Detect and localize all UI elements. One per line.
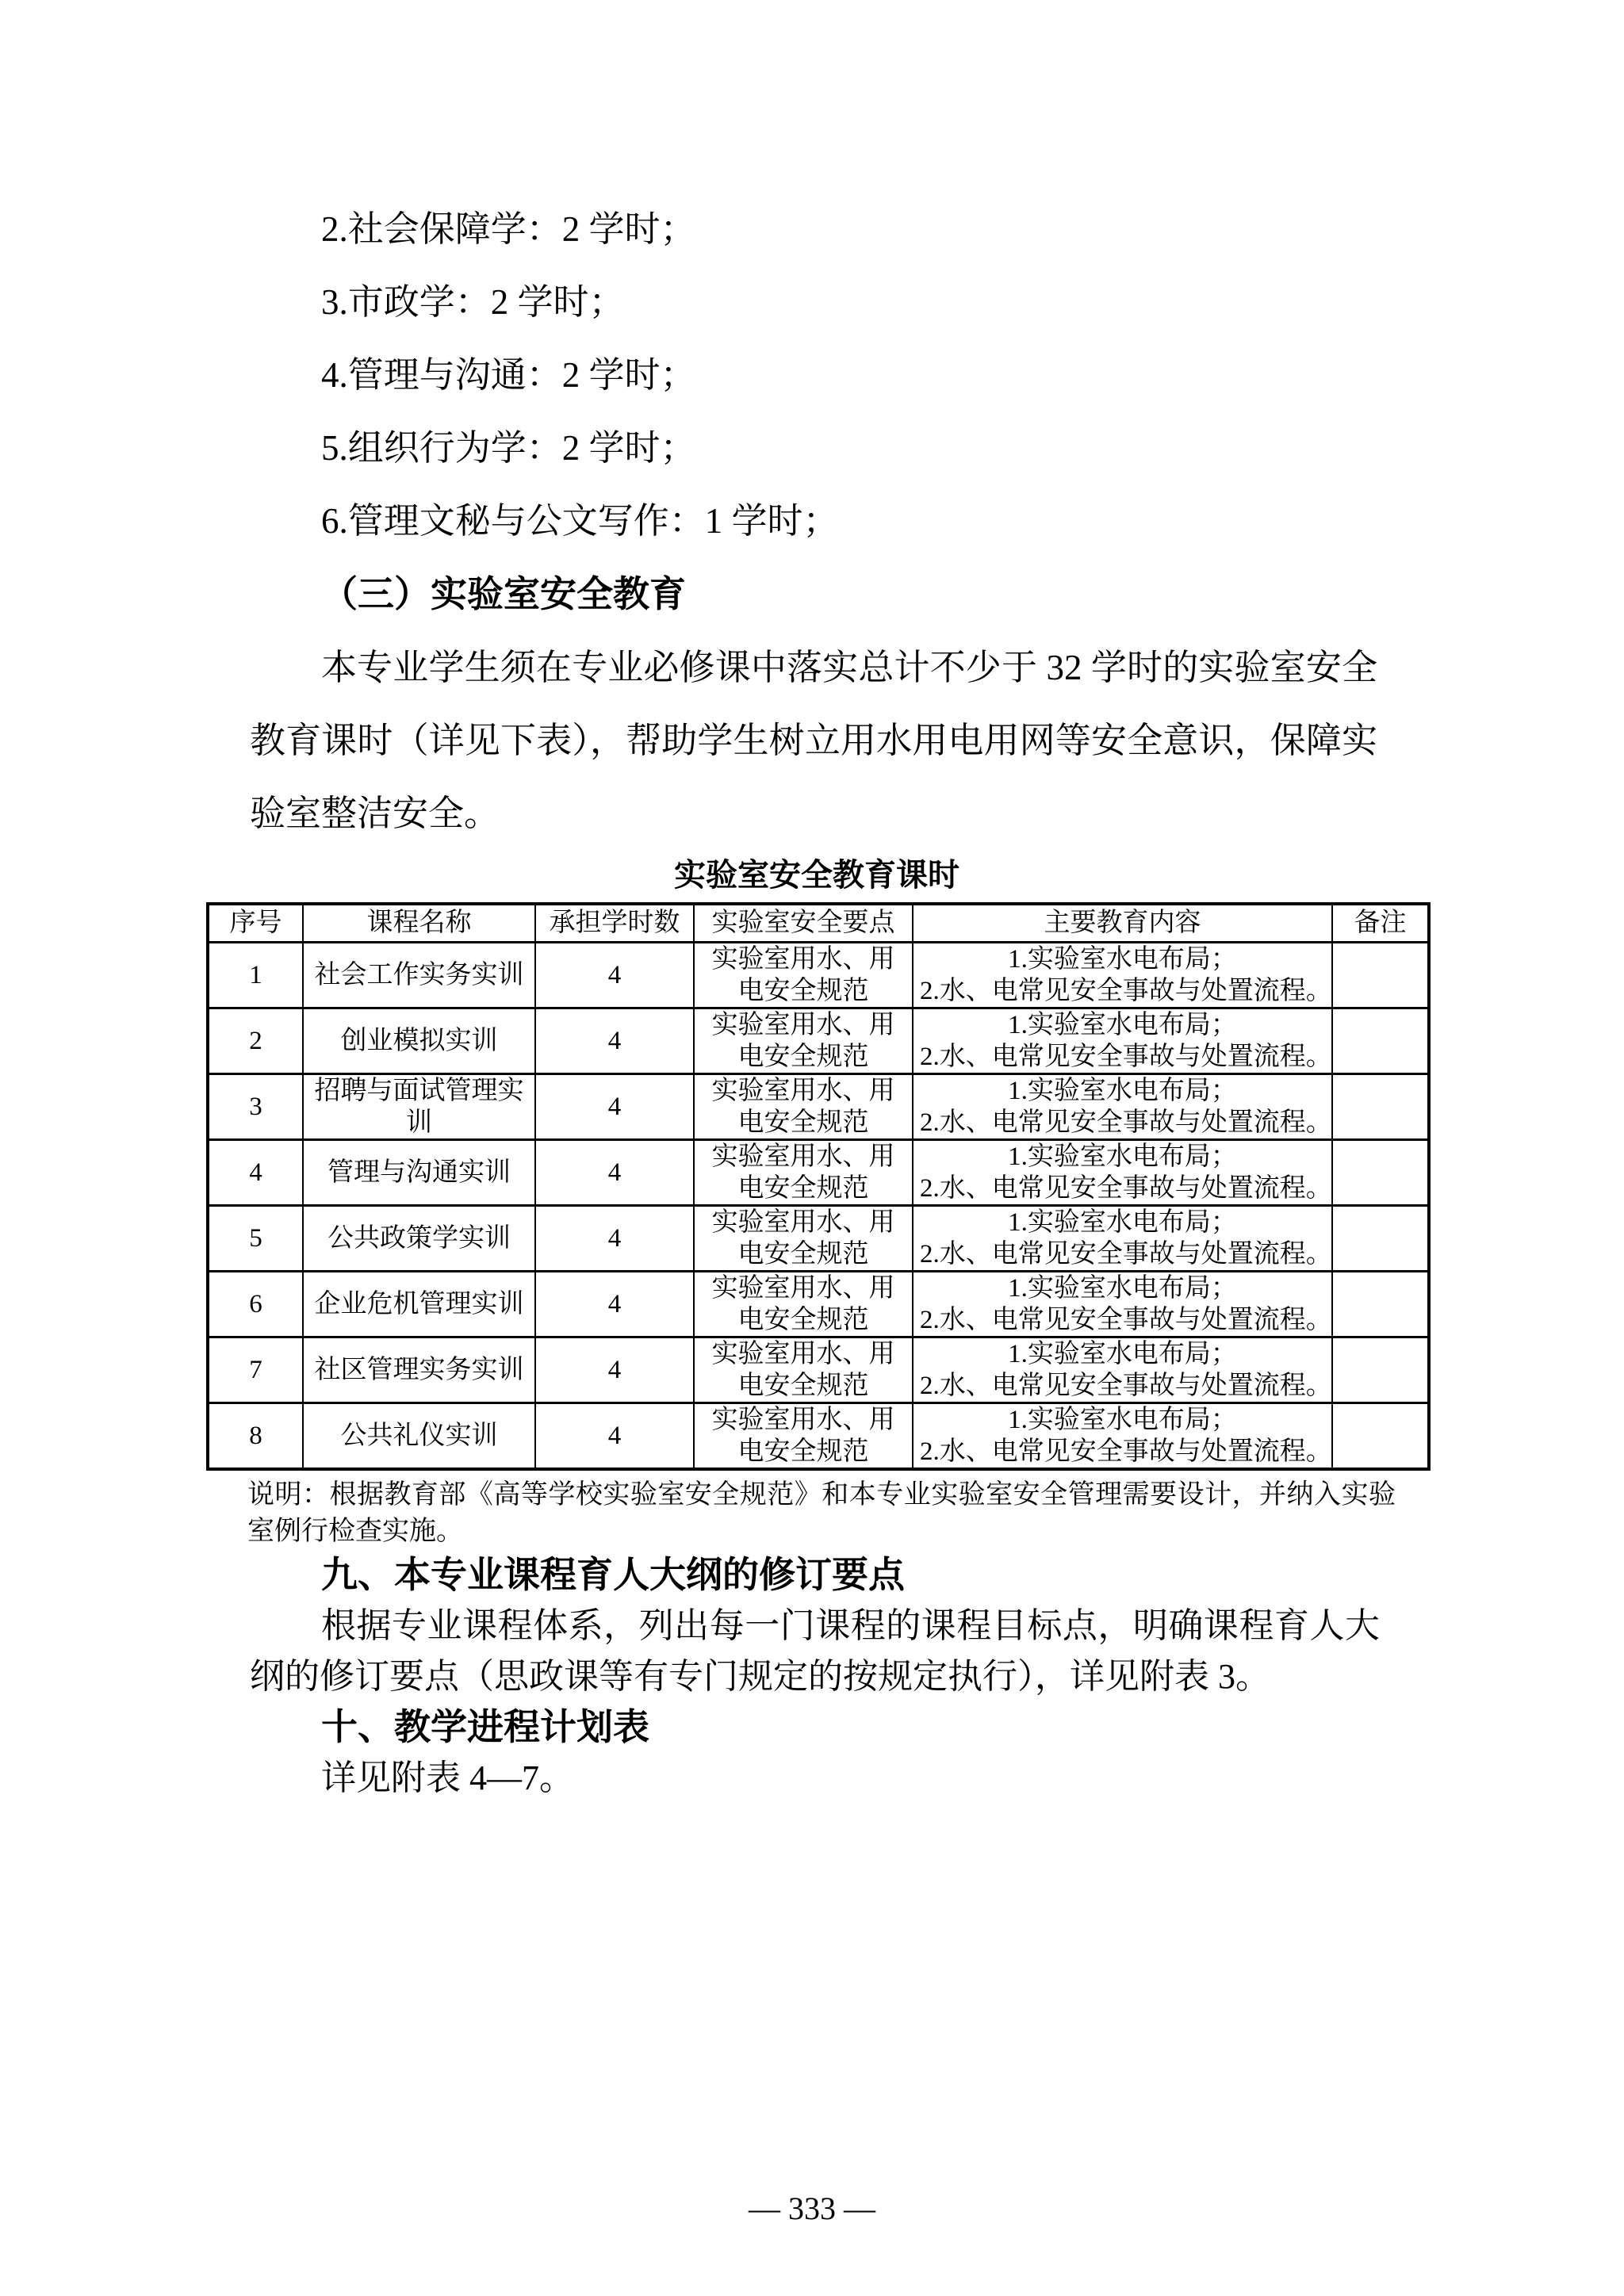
- cell-index: 2: [208, 1008, 303, 1073]
- list-item: 4.管理与沟通：2 学时；: [321, 339, 1624, 411]
- cell-course-name: 招聘与面试管理实训: [303, 1073, 535, 1139]
- cell-course-name: 公共政策学实训: [303, 1205, 535, 1271]
- course-hours-list: 2.社会保障学：2 学时； 3.市政学：2 学时； 4.管理与沟通：2 学时； …: [0, 0, 1624, 557]
- table-row: 7 社区管理实务实训 4 实验室用水、用电安全规范 1.实验室水电布局； 2.水…: [208, 1337, 1429, 1402]
- content-line: 2.水、电常见安全事故与处置流程。: [920, 1173, 1325, 1204]
- cell-course-name: 管理与沟通实训: [303, 1139, 535, 1205]
- cell-index: 8: [208, 1402, 303, 1469]
- cell-course-name: 社区管理实务实训: [303, 1337, 535, 1402]
- content-line: 1.实验室水电布局；: [920, 1207, 1325, 1238]
- cell-index: 3: [208, 1073, 303, 1139]
- cell-education-content: 1.实验室水电布局； 2.水、电常见安全事故与处置流程。: [913, 1205, 1332, 1271]
- cell-safety-points: 实验室用水、用电安全规范: [694, 1402, 913, 1469]
- list-item: 2.社会保障学：2 学时；: [321, 193, 1624, 266]
- content-line: 1.实验室水电布局；: [920, 1141, 1325, 1173]
- cell-index: 1: [208, 942, 303, 1008]
- cell-hours: 4: [535, 1139, 694, 1205]
- cell-safety-points: 实验室用水、用电安全规范: [694, 1205, 913, 1271]
- cell-safety-points: 实验室用水、用电安全规范: [694, 1008, 913, 1073]
- content-line: 2.水、电常见安全事故与处置流程。: [920, 1041, 1325, 1073]
- cell-education-content: 1.实验室水电布局； 2.水、电常见安全事故与处置流程。: [913, 1271, 1332, 1337]
- content-line: 1.实验室水电布局；: [920, 1338, 1325, 1370]
- cell-education-content: 1.实验室水电布局； 2.水、电常见安全事故与处置流程。: [913, 1139, 1332, 1205]
- table-row: 5 公共政策学实训 4 实验室用水、用电安全规范 1.实验室水电布局； 2.水、…: [208, 1205, 1429, 1271]
- section3-paragraph: 本专业学生须在专业必修课中落实总计不少于 32 学时的实验室安全教育课时（详见下…: [250, 631, 1377, 850]
- cell-course-name: 创业模拟实训: [303, 1008, 535, 1073]
- content-line: 2.水、电常见安全事故与处置流程。: [920, 1436, 1325, 1468]
- cell-safety-points: 实验室用水、用电安全规范: [694, 1271, 913, 1337]
- cell-safety-points: 实验室用水、用电安全规范: [694, 1139, 913, 1205]
- section10-paragraph: 详见附表 4—7。: [321, 1753, 1624, 1804]
- cell-remark: [1332, 1337, 1429, 1402]
- section9-paragraph: 根据专业课程体系，列出每一门课程的课程目标点，明确课程育人大纲的修订要点（思政课…: [250, 1601, 1380, 1702]
- list-item: 3.市政学：2 学时；: [321, 266, 1624, 339]
- cell-index: 4: [208, 1139, 303, 1205]
- list-item: 6.管理文秘与公文写作：1 学时；: [321, 484, 1624, 557]
- section10-heading: 十、教学进程计划表: [321, 1702, 1624, 1753]
- cell-safety-points: 实验室用水、用电安全规范: [694, 1337, 913, 1402]
- document-page: 2.社会保障学：2 学时； 3.市政学：2 学时； 4.管理与沟通：2 学时； …: [0, 0, 1624, 2296]
- cell-course-name: 公共礼仪实训: [303, 1402, 535, 1469]
- cell-course-name: 社会工作实务实训: [303, 942, 535, 1008]
- table-row: 6 企业危机管理实训 4 实验室用水、用电安全规范 1.实验室水电布局； 2.水…: [208, 1271, 1429, 1337]
- table-title: 实验室安全教育课时: [206, 855, 1427, 896]
- col-header-hours: 承担学时数: [535, 904, 694, 942]
- cell-remark: [1332, 1205, 1429, 1271]
- list-item: 5.组织行为学：2 学时；: [321, 411, 1624, 484]
- col-header-education-content: 主要教育内容: [913, 904, 1332, 942]
- cell-course-name: 企业危机管理实训: [303, 1271, 535, 1337]
- cell-remark: [1332, 942, 1429, 1008]
- col-header-safety-points: 实验室安全要点: [694, 904, 913, 942]
- content-line: 2.水、电常见安全事故与处置流程。: [920, 1107, 1325, 1138]
- content-line: 1.实验室水电布局；: [920, 1272, 1325, 1304]
- cell-hours: 4: [535, 1271, 694, 1337]
- cell-index: 7: [208, 1337, 303, 1402]
- cell-safety-points: 实验室用水、用电安全规范: [694, 942, 913, 1008]
- cell-education-content: 1.实验室水电布局； 2.水、电常见安全事故与处置流程。: [913, 1402, 1332, 1469]
- content-line: 1.实验室水电布局；: [920, 1075, 1325, 1107]
- cell-hours: 4: [535, 942, 694, 1008]
- cell-remark: [1332, 1271, 1429, 1337]
- table-row: 4 管理与沟通实训 4 实验室用水、用电安全规范 1.实验室水电布局； 2.水、…: [208, 1139, 1429, 1205]
- page-number: — 333 —: [0, 2190, 1624, 2227]
- cell-hours: 4: [535, 1337, 694, 1402]
- table-row: 3 招聘与面试管理实训 4 实验室用水、用电安全规范 1.实验室水电布局； 2.…: [208, 1073, 1429, 1139]
- cell-education-content: 1.实验室水电布局； 2.水、电常见安全事故与处置流程。: [913, 1073, 1332, 1139]
- content-line: 2.水、电常见安全事故与处置流程。: [920, 1238, 1325, 1270]
- cell-index: 5: [208, 1205, 303, 1271]
- cell-hours: 4: [535, 1073, 694, 1139]
- table-note: 说明：根据教育部《高等学校实验室安全规范》和本专业实验室安全管理需要设计，并纳入…: [247, 1477, 1396, 1550]
- cell-education-content: 1.实验室水电布局； 2.水、电常见安全事故与处置流程。: [913, 942, 1332, 1008]
- cell-remark: [1332, 1073, 1429, 1139]
- col-header-index: 序号: [208, 904, 303, 942]
- cell-hours: 4: [535, 1205, 694, 1271]
- col-header-course: 课程名称: [303, 904, 535, 942]
- cell-education-content: 1.实验室水电布局； 2.水、电常见安全事故与处置流程。: [913, 1008, 1332, 1073]
- section3-heading: （三）实验室安全教育: [321, 557, 1624, 631]
- table-row: 8 公共礼仪实训 4 实验室用水、用电安全规范 1.实验室水电布局； 2.水、电…: [208, 1402, 1429, 1469]
- cell-index: 6: [208, 1271, 303, 1337]
- cell-remark: [1332, 1139, 1429, 1205]
- table-header-row: 序号 课程名称 承担学时数 实验室安全要点 主要教育内容 备注: [208, 904, 1429, 942]
- content-line: 2.水、电常见安全事故与处置流程。: [920, 1370, 1325, 1402]
- cell-remark: [1332, 1402, 1429, 1469]
- content-line: 1.实验室水电布局；: [920, 943, 1325, 975]
- content-line: 1.实验室水电布局；: [920, 1009, 1325, 1041]
- content-line: 1.实验室水电布局；: [920, 1404, 1325, 1436]
- col-header-remark: 备注: [1332, 904, 1429, 942]
- cell-education-content: 1.实验室水电布局； 2.水、电常见安全事故与处置流程。: [913, 1337, 1332, 1402]
- section9-heading: 九、本专业课程育人大纲的修订要点: [321, 1550, 1624, 1601]
- cell-hours: 4: [535, 1008, 694, 1073]
- table-row: 1 社会工作实务实训 4 实验室用水、用电安全规范 1.实验室水电布局； 2.水…: [208, 942, 1429, 1008]
- content-line: 2.水、电常见安全事故与处置流程。: [920, 1304, 1325, 1336]
- cell-safety-points: 实验室用水、用电安全规范: [694, 1073, 913, 1139]
- cell-hours: 4: [535, 1402, 694, 1469]
- content-line: 2.水、电常见安全事故与处置流程。: [920, 975, 1325, 1007]
- cell-remark: [1332, 1008, 1429, 1073]
- lab-safety-table: 序号 课程名称 承担学时数 实验室安全要点 主要教育内容 备注 1 社会工作实务…: [206, 902, 1431, 1471]
- table-row: 2 创业模拟实训 4 实验室用水、用电安全规范 1.实验室水电布局； 2.水、电…: [208, 1008, 1429, 1073]
